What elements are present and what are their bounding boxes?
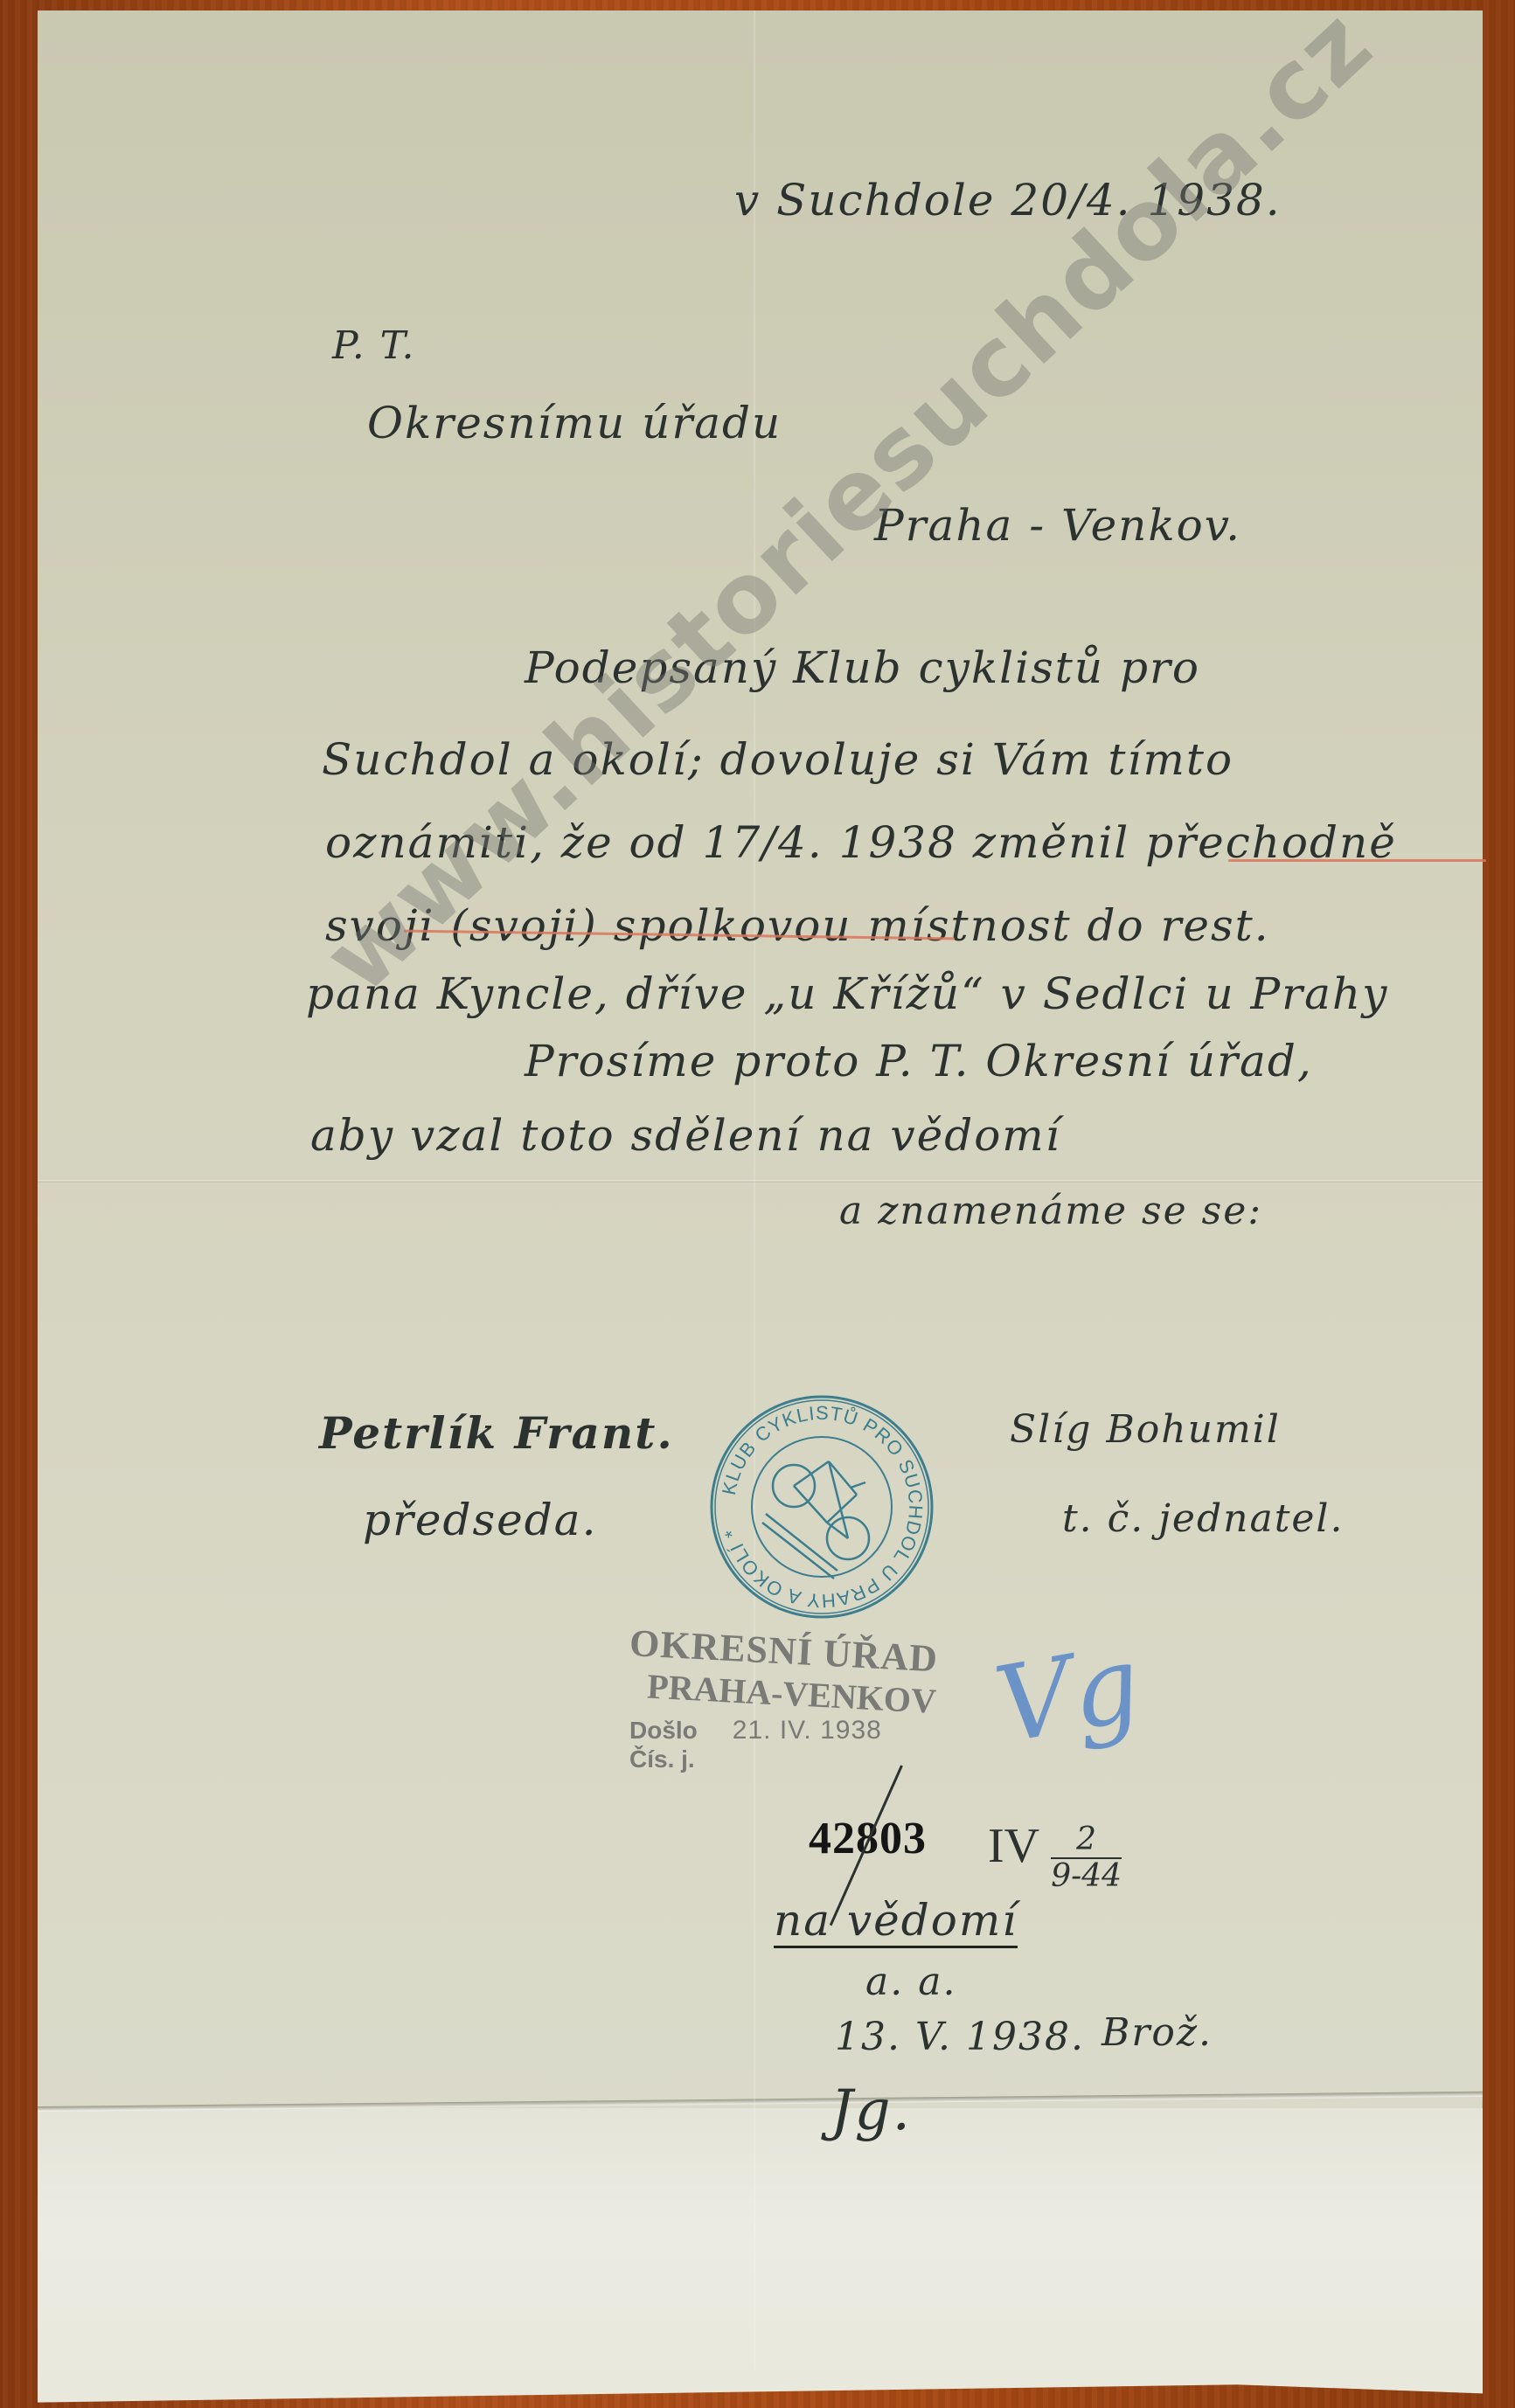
salutation: P. T.: [332, 323, 416, 368]
annotation-signature: Brož.: [1102, 2010, 1213, 2055]
reference-top: 2: [1051, 1822, 1122, 1859]
folded-paper-bottom: [38, 2108, 1483, 2405]
closing-line: a znamenáme se se:: [839, 1189, 1262, 1233]
letter-paper: [38, 10, 1483, 2405]
signature-right-role: t. č. jednatel.: [1062, 1496, 1344, 1541]
received-date: 21. IV. 1938: [733, 1716, 882, 1745]
number-label: Čís. j.: [629, 1745, 695, 1773]
addressee-line2: Praha - Venkov.: [874, 500, 1241, 551]
body-line-5: pana Kynclе, dříve „u Křížů“ v Sedlci u …: [306, 968, 1388, 1019]
signature-left-name: Petrlík Frant.: [319, 1407, 674, 1459]
reference-roman: IV: [988, 1819, 1039, 1873]
annotation-date: 13. V. 1938.: [835, 2015, 1085, 2059]
reference-bottom: 9-44: [1051, 1859, 1122, 1894]
file-reference-code: IV 2 9-44: [988, 1818, 1122, 1894]
addressee-line1: Okresnímu úřadu: [367, 398, 782, 448]
signature-right-name: Slíg Bohumil: [1010, 1407, 1281, 1452]
office-received-stamp: OKRESNÍ ÚŘAD PRAHA-VENKOV Došlo 21. IV. …: [629, 1630, 997, 1773]
horizontal-fold-crease: [38, 1180, 1483, 1183]
vertical-fold-crease: [754, 10, 755, 2370]
body-line-2: Suchdol a okolí; dovoluje si Vám tímto: [322, 734, 1234, 785]
annotation-aa: a. a.: [865, 1960, 956, 2004]
svg-text:KLUB CYKLISTŮ PRO SUCHDOL U PR: KLUB CYKLISTŮ PRO SUCHDOL U PRAHY A OKOL…: [718, 1402, 927, 1612]
blue-pencil-initials: Vg: [987, 1623, 1149, 1767]
seal-text: KLUB CYKLISTŮ PRO SUCHDOL U PRAHY A OKOL…: [718, 1402, 927, 1612]
body-line-7: aby vzal toto sdělení na vědomí: [310, 1110, 1061, 1161]
annotation-bottom-initials: Jg.: [830, 2078, 912, 2143]
annotation-na-vedomi: na vědomí: [774, 1895, 1018, 1948]
signature-left-role: předseda.: [363, 1495, 597, 1545]
body-line-6: Prosíme proto P. T. Okresní úřad,: [525, 1036, 1313, 1086]
red-pencil-underline-1: [1228, 859, 1486, 862]
received-label: Došlo: [629, 1717, 698, 1745]
club-seal-stamp: KLUB CYKLISTŮ PRO SUCHDOL U PRAHY A OKOL…: [706, 1391, 938, 1623]
